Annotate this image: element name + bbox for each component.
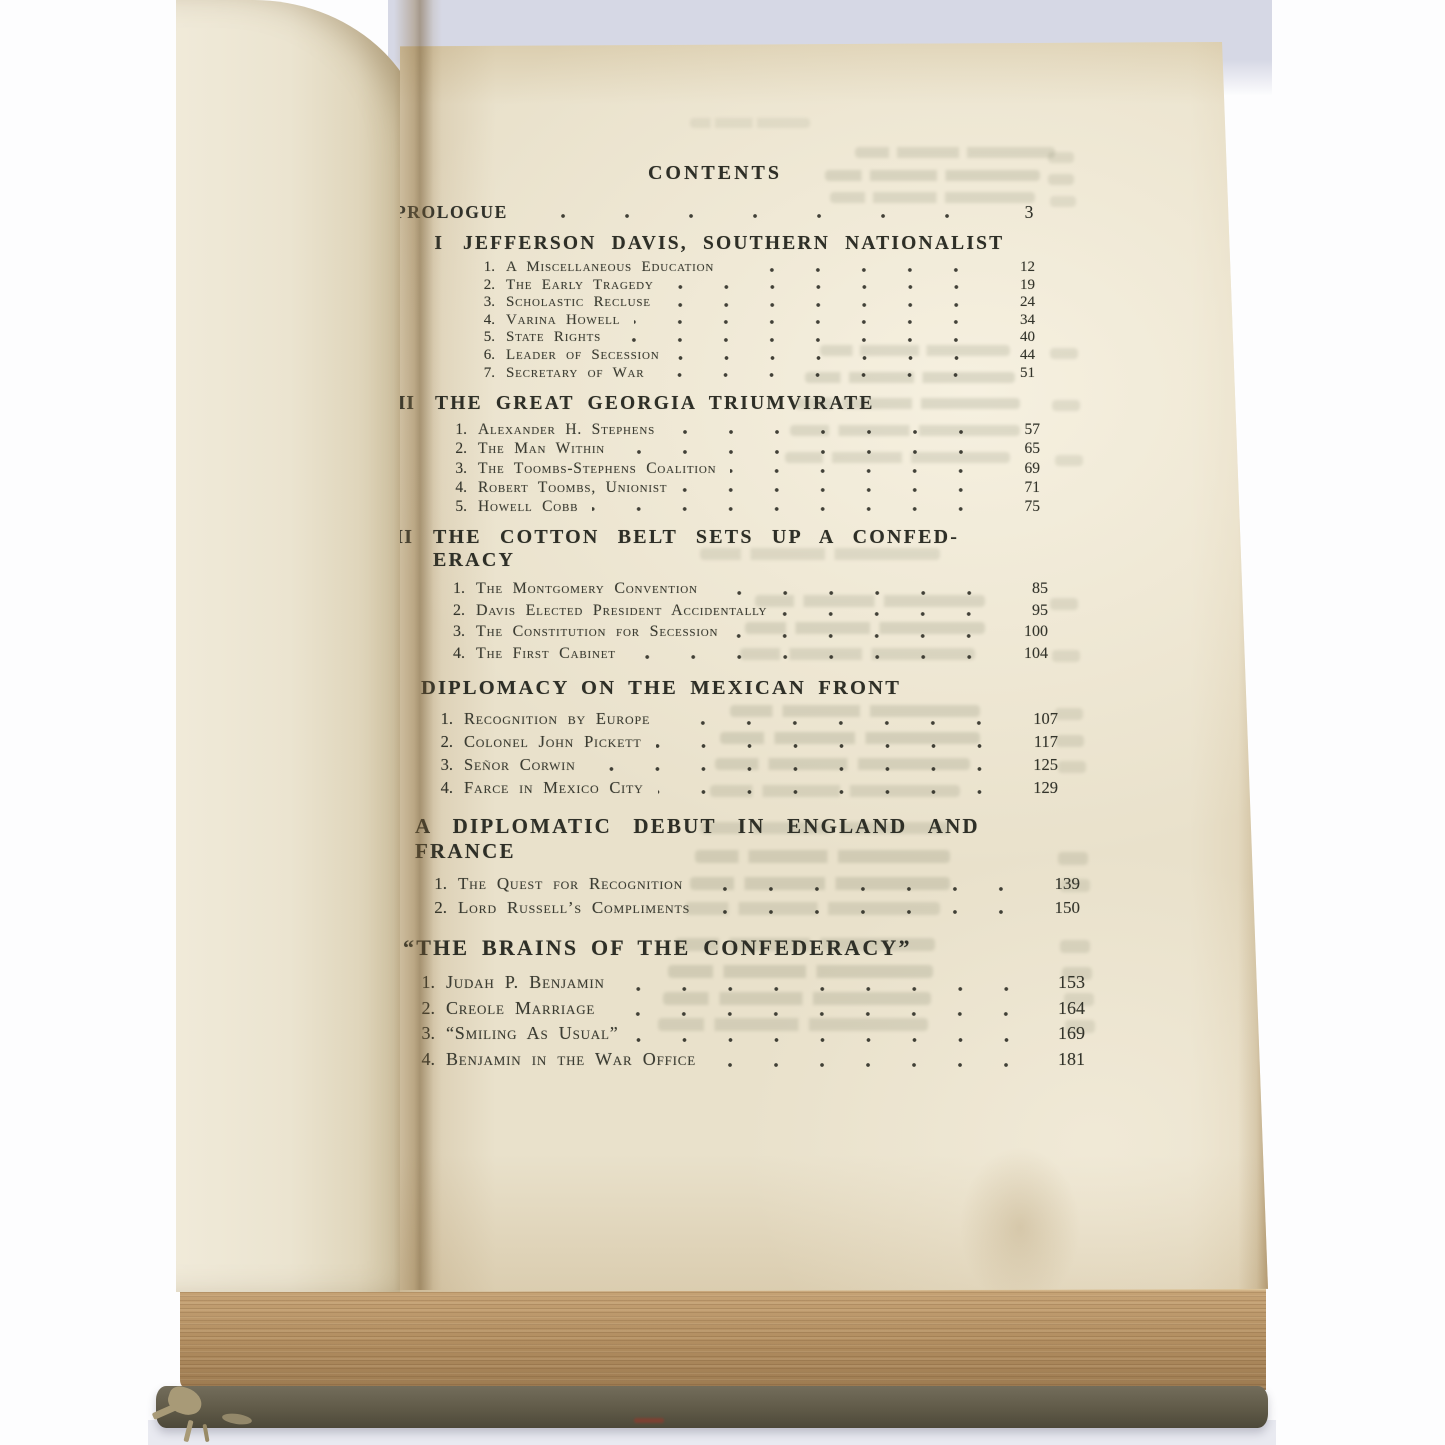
- item-page-number: 125: [1012, 753, 1058, 776]
- toc-item-row: 2.The Early Tragedy19: [395, 277, 1035, 295]
- item-page-number: 75: [994, 497, 1040, 516]
- toc-section: IIITHE COTTON BELT SETS UP A CONFED-ERAC…: [365, 526, 1048, 664]
- toc-item-row: 1.The Quest for Recognition139: [347, 872, 1080, 896]
- item-page-number: 12: [989, 259, 1035, 277]
- book-cover-edge: [156, 1386, 1268, 1428]
- item-page-number: 65: [994, 439, 1040, 458]
- item-page-number: 44: [989, 347, 1035, 365]
- section-title: DIPLOMACY ON THE MEXICAN FRONT: [421, 677, 901, 700]
- item-label: “Smiling As Usual”: [446, 1021, 619, 1047]
- dot-leader: [730, 468, 984, 474]
- dot-leader: [732, 633, 992, 639]
- toc-item-row: 3.Scholastic Recluse24: [395, 294, 1035, 312]
- section-title-line2: ERACY: [365, 549, 1048, 572]
- dot-leader: [674, 355, 980, 361]
- dot-leader: [615, 337, 979, 343]
- dot-leader: [658, 372, 979, 378]
- ghost-text-smudge: [1050, 348, 1078, 359]
- ghost-text-smudge: [1055, 708, 1083, 720]
- dot-leader: [633, 1037, 1029, 1043]
- item-number: 7.: [465, 365, 495, 383]
- dot-leader: [697, 886, 1024, 892]
- dot-leader: [704, 909, 1024, 915]
- dot-leader: [619, 986, 1029, 992]
- item-page-number: 129: [1012, 776, 1058, 799]
- gutter-shadow: [394, 0, 442, 1290]
- toc-item-row: 7.Secretary of War51: [395, 365, 1035, 383]
- item-label: The Montgomery Convention: [476, 578, 698, 600]
- item-page-number: 95: [1002, 600, 1048, 622]
- item-label: Lord Russell’s Compliments: [458, 896, 690, 920]
- prologue-row: PROLOGUE 3: [395, 202, 1035, 223]
- item-page-number: 107: [1012, 707, 1058, 730]
- item-page-number: 117: [1012, 730, 1058, 753]
- ghost-text-smudge: [690, 118, 810, 128]
- item-label: State Rights: [506, 329, 601, 347]
- toc-item-row: 1.Alexander H. Stephens57: [367, 420, 1040, 439]
- item-number: 1.: [465, 259, 495, 277]
- dot-leader: [656, 743, 1003, 749]
- item-page-number: 139: [1034, 872, 1080, 896]
- item-label: Davis Elected President Accidentally: [476, 600, 767, 622]
- toc-item-row: 4.Robert Toombs, Unionist71: [367, 478, 1040, 497]
- ghost-text-smudge: [1058, 761, 1086, 773]
- ghost-text-smudge: [1052, 400, 1080, 411]
- toc-section: VI“THE BRAINS OF THE CONFEDERACY”1.Judah…: [335, 935, 1085, 1072]
- dot-leader: [669, 429, 984, 435]
- item-label: Judah P. Benjamin: [446, 970, 605, 996]
- item-label: Alexander H. Stephens: [478, 420, 655, 439]
- dot-leader: [664, 720, 1002, 726]
- section-heading: IJEFFERSON DAVIS, SOUTHERN NATIONALIST: [395, 233, 1035, 255]
- ghost-text-smudge: [1048, 174, 1074, 185]
- ghost-text-smudge: [1050, 196, 1076, 207]
- section-heading: IITHE GREAT GEORGIA TRIUMVIRATE: [367, 393, 1040, 415]
- section-heading: IIITHE COTTON BELT SETS UP A CONFED-: [365, 526, 1048, 549]
- dot-leader: [681, 487, 984, 493]
- item-label: The Man Within: [478, 439, 605, 458]
- dot-leader: [619, 449, 984, 455]
- ghost-text-smudge: [855, 147, 1055, 158]
- toc-sections: IJEFFERSON DAVIS, SOUTHERN NATIONALIST1.…: [395, 233, 1035, 1072]
- toc-section: IVDIPLOMACY ON THE MEXICAN FRONT1.Recogn…: [353, 677, 1058, 799]
- ghost-text-smudge: [1055, 455, 1083, 466]
- toc-section: IJEFFERSON DAVIS, SOUTHERN NATIONALIST1.…: [395, 233, 1035, 382]
- section-title: A DIPLOMATIC DEBUT IN ENGLAND AND: [415, 814, 980, 839]
- toc-item-row: 4.Farce in Mexico City129: [353, 776, 1058, 799]
- section-title: “THE BRAINS OF THE CONFEDERACY”: [403, 935, 912, 961]
- item-page-number: 104: [1002, 643, 1048, 665]
- prologue-page-number: 3: [989, 202, 1035, 223]
- item-page-number: 57: [994, 420, 1040, 439]
- page-block-edge: [180, 1288, 1266, 1390]
- toc-item-row: 2.The Man Within65: [367, 439, 1040, 458]
- item-label: Señor Corwin: [464, 753, 576, 776]
- item-label: Secretary of War: [506, 365, 644, 383]
- item-label: Colonel John Pickett: [464, 730, 642, 753]
- dot-leader: [712, 590, 992, 596]
- lifted-page: [176, 0, 428, 1292]
- dot-leader: [522, 213, 979, 219]
- item-number: 3.: [465, 294, 495, 312]
- toc-item-row: 4.The First Cabinet104: [365, 643, 1048, 665]
- item-label: Recognition by Europe: [464, 707, 650, 730]
- dot-leader: [630, 654, 992, 660]
- item-label: The Constitution for Secession: [476, 621, 718, 643]
- toc-item-row: 4.Benjamin in the War Office181: [335, 1047, 1085, 1073]
- section-heading: IVDIPLOMACY ON THE MEXICAN FRONT: [353, 677, 1058, 700]
- item-label: The Toombs-Stephens Coalition: [478, 459, 716, 478]
- paper-stain: [960, 1147, 1080, 1307]
- item-page-number: 69: [994, 459, 1040, 478]
- item-page-number: 150: [1034, 896, 1080, 920]
- item-label: Robert Toombs, Unionist: [478, 478, 667, 497]
- book-photo: CONTENTS PROLOGUE 3 IJEFFERSON DAVIS, SO…: [0, 0, 1445, 1445]
- item-label: Howell Cobb: [478, 497, 578, 516]
- toc-section: VA DIPLOMATIC DEBUT IN ENGLAND ANDFRANCE…: [347, 814, 1080, 919]
- toc-item-row: 5.Howell Cobb75: [367, 497, 1040, 516]
- item-label: The Early Tragedy: [506, 277, 654, 295]
- item-label: Scholastic Recluse: [506, 294, 651, 312]
- item-page-number: 24: [989, 294, 1035, 312]
- toc-item-row: 3.The Toombs-Stephens Coalition69: [367, 459, 1040, 478]
- item-page-number: 153: [1039, 970, 1085, 996]
- toc-item-row: 2.Creole Marriage164: [335, 996, 1085, 1022]
- toc-item-row: 2.Lord Russell’s Compliments150: [347, 896, 1080, 920]
- item-number: 6.: [465, 347, 495, 365]
- table-of-contents: CONTENTS PROLOGUE 3 IJEFFERSON DAVIS, SO…: [395, 162, 1035, 1072]
- item-page-number: 34: [989, 312, 1035, 330]
- toc-item-row: 2.Davis Elected President Accidentally95: [365, 600, 1048, 622]
- section-title: JEFFERSON DAVIS, SOUTHERN NATIONALIST: [463, 233, 1004, 255]
- item-page-number: 181: [1039, 1047, 1085, 1073]
- dot-leader: [634, 319, 979, 325]
- item-label: Varina Howell: [506, 312, 620, 330]
- item-number: 2.: [465, 277, 495, 295]
- item-number: 4.: [465, 312, 495, 330]
- cover-red-smudge: [634, 1418, 664, 1423]
- toc-item-row: 3.“Smiling As Usual”169: [335, 1021, 1085, 1047]
- toc-item-row: 6.Leader of Secession44: [395, 347, 1035, 365]
- item-page-number: 71: [994, 478, 1040, 497]
- ghost-text-smudge: [1052, 650, 1080, 662]
- item-label: Creole Marriage: [446, 996, 595, 1022]
- toc-item-row: 4.Varina Howell34: [395, 312, 1035, 330]
- toc-item-row: 2.Colonel John Pickett117: [353, 730, 1058, 753]
- dot-leader: [781, 611, 992, 617]
- section-heading: VA DIPLOMATIC DEBUT IN ENGLAND AND: [347, 814, 1080, 839]
- section-heading: VI“THE BRAINS OF THE CONFEDERACY”: [335, 935, 1085, 961]
- item-page-number: 85: [1002, 578, 1048, 600]
- section-title: THE COTTON BELT SETS UP A CONFED-: [433, 526, 959, 549]
- item-label: Benjamin in the War Office: [446, 1047, 696, 1073]
- item-page-number: 51: [989, 365, 1035, 383]
- ghost-text-smudge: [1048, 152, 1074, 163]
- contents-page: CONTENTS PROLOGUE 3 IJEFFERSON DAVIS, SO…: [400, 42, 1268, 1292]
- item-page-number: 169: [1039, 1021, 1085, 1047]
- toc-item-row: 1.The Montgomery Convention85: [365, 578, 1048, 600]
- dot-leader: [590, 766, 1002, 772]
- toc-item-row: 3.The Constitution for Secession100: [365, 621, 1048, 643]
- dot-leader: [710, 1062, 1029, 1068]
- section-title-line2: FRANCE: [347, 839, 1080, 864]
- dot-leader: [658, 789, 1002, 795]
- item-label: The Quest for Recognition: [458, 872, 683, 896]
- dot-leader: [728, 267, 979, 273]
- toc-item-row: 3.Señor Corwin125: [353, 753, 1058, 776]
- item-label: Farce in Mexico City: [464, 776, 644, 799]
- toc-item-row: 1.Judah P. Benjamin153: [335, 970, 1085, 996]
- item-label: Leader of Secession: [506, 347, 660, 365]
- item-label: The First Cabinet: [476, 643, 616, 665]
- dot-leader: [665, 302, 979, 308]
- toc-item-row: 1.A Miscellaneous Education12: [395, 259, 1035, 277]
- page-title: CONTENTS: [395, 162, 1035, 185]
- dot-leader: [592, 506, 984, 512]
- ghost-text-smudge: [1050, 598, 1078, 610]
- item-page-number: 100: [1002, 621, 1048, 643]
- toc-item-row: 5.State Rights40: [395, 329, 1035, 347]
- section-title: THE GREAT GEORGIA TRIUMVIRATE: [435, 393, 875, 415]
- item-label: A Miscellaneous Education: [506, 259, 714, 277]
- dot-leader: [609, 1011, 1029, 1017]
- item-number: 5.: [465, 329, 495, 347]
- item-page-number: 164: [1039, 996, 1085, 1022]
- toc-item-row: 1.Recognition by Europe107: [353, 707, 1058, 730]
- dot-leader: [668, 284, 979, 290]
- item-page-number: 40: [989, 329, 1035, 347]
- item-page-number: 19: [989, 277, 1035, 295]
- ghost-text-smudge: [1056, 735, 1084, 747]
- toc-section: IITHE GREAT GEORGIA TRIUMVIRATE1.Alexand…: [367, 393, 1040, 516]
- page-right-edge-shade: [1238, 42, 1268, 1292]
